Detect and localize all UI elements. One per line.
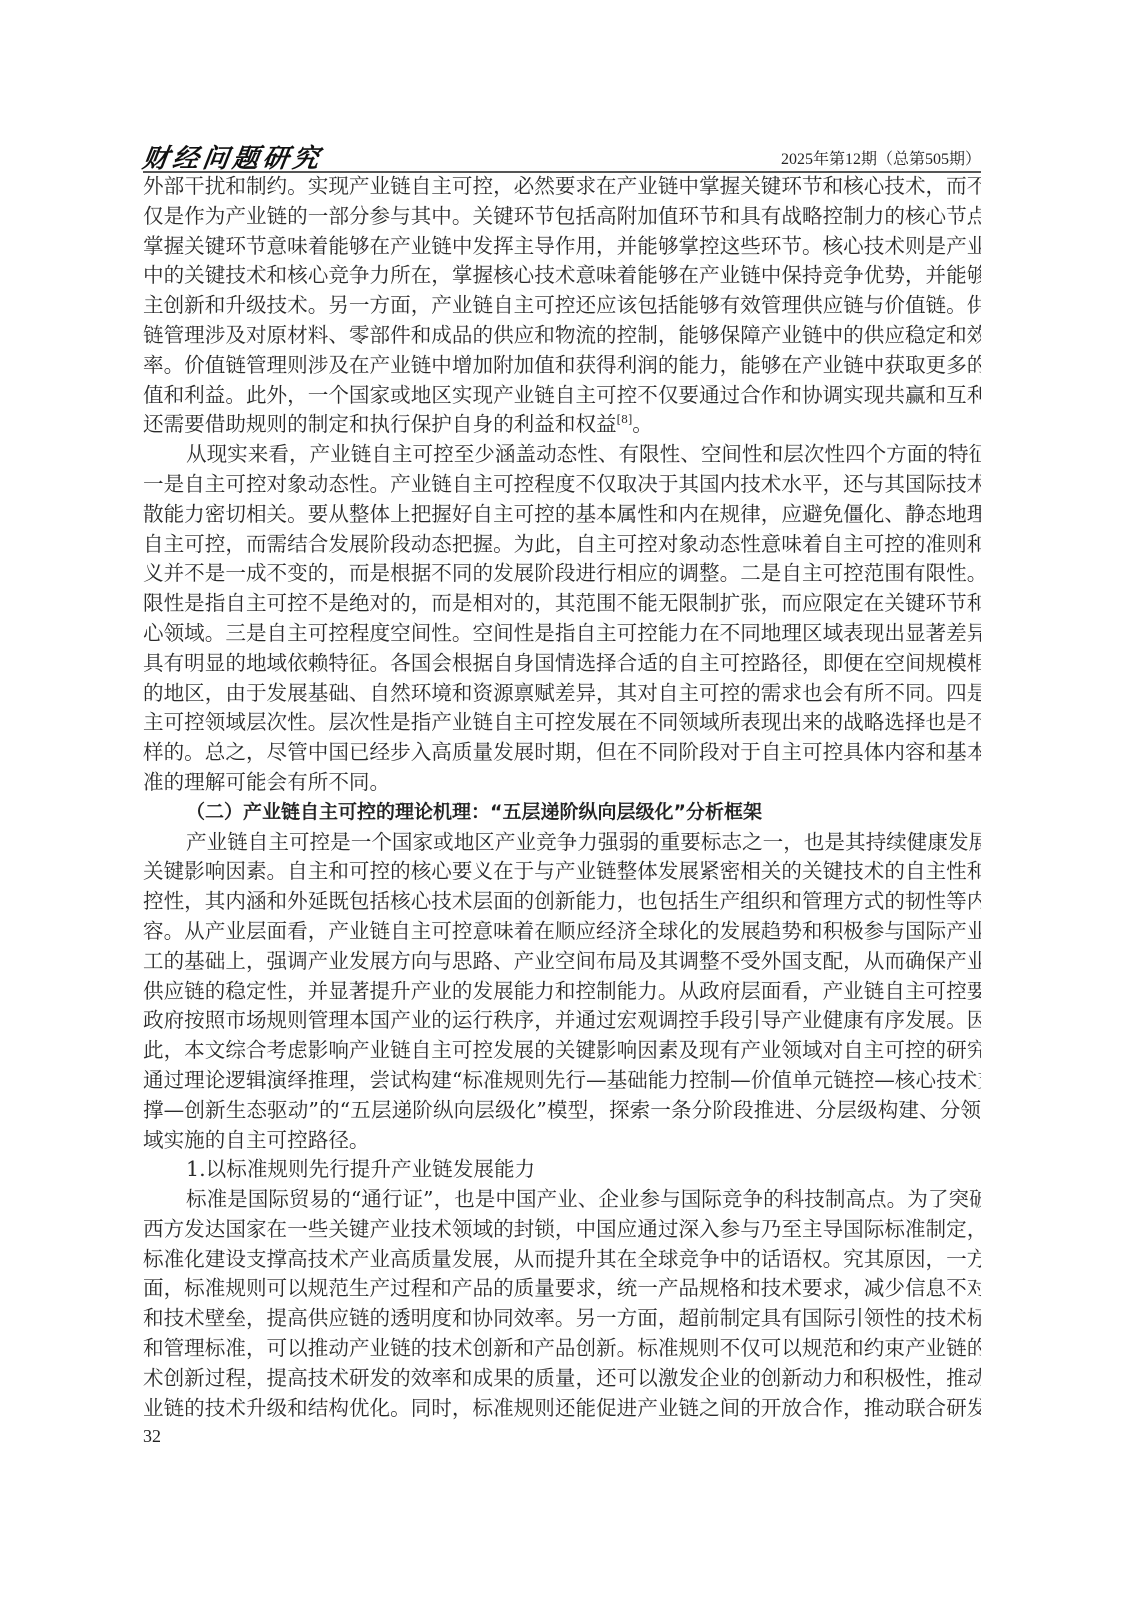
text-line: 业链的技术升级和结构优化。同时，标准规则还能促进产业链之间的开放合作，推动联合研… (143, 1394, 981, 1424)
text-line: 掌握关键环节意味着能够在产业链中发挥主导作用，并能够掌控这些环节。核心技术则是产… (143, 232, 981, 262)
article-body: 外部干扰和制约。实现产业链自主可控，必然要求在产业链中掌握关键环节和核心技术，而… (143, 172, 981, 1423)
text-line: 面，标准规则可以规范生产过程和产品的质量要求，统一产品规格和技术要求，减少信息不… (143, 1274, 981, 1304)
text-line: 主可控领域层次性。层次性是指产业链自主可控发展在不同领域所表现出来的战略选择也是… (143, 708, 981, 738)
text-line: 关键影响因素。自主和可控的核心要义在于与产业链整体发展紧密相关的关键技术的自主性… (143, 857, 981, 887)
text-line: 容。从产业层面看，产业链自主可控意味着在顺应经济全球化的发展趋势和积极参与国际产… (143, 917, 981, 947)
paragraph-2: 从现实来看，产业链自主可控至少涵盖动态性、有限性、空间性和层次性四个方面的特征。… (143, 440, 981, 798)
text-line: 率。价值链管理则涉及在产业链中增加附加值和获得利润的能力，能够在产业链中获取更多… (143, 351, 981, 381)
text-line: 域实施的自主可控路径。 (143, 1126, 981, 1156)
text-line: 政府按照市场规则管理本国产业的运行秩序，并通过宏观调控手段引导产业健康有序发展。… (143, 1006, 981, 1036)
text-line: 还需要借助规则的制定和执行保护自身的利益和权益[8]。 (143, 410, 981, 440)
paragraph-3: 产业链自主可控是一个国家或地区产业竞争力强弱的重要标志之一，也是其持续健康发展的… (143, 828, 981, 1156)
text-line: 标准化建设支撑高技术产业高质量发展，从而提升其在全球竞争中的话语权。究其原因，一… (143, 1245, 981, 1275)
text-line: 散能力密切相关。要从整体上把握好自主可控的基本属性和内在规律，应避免僵化、静态地… (143, 500, 981, 530)
text-line: 控性，其内涵和外延既包括核心技术层面的创新能力，也包括生产组织和管理方式的韧性等… (143, 887, 981, 917)
text-line: 和技术壁垒，提高供应链的透明度和协同效率。另一方面，超前制定具有国际引领性的技术… (143, 1304, 981, 1334)
text-span: 。 (632, 412, 653, 436)
text-line: 供应链的稳定性，并显著提升产业的发展能力和控制能力。从政府层面看，产业链自主可控… (143, 977, 981, 1007)
text-line: 链管理涉及对原材料、零部件和成品的供应和物流的控制，能够保障产业链中的供应稳定和… (143, 321, 981, 351)
running-header: 财经问题研究 2025年第12期（总第505期） (143, 136, 981, 172)
section-heading: （二）产业链自主可控的理论机理：“五层递阶纵向层级化”分析框架 (143, 798, 981, 828)
text-line: 的地区，由于发展基础、自然环境和资源禀赋差异，其对自主可控的需求也会有所不同。四… (143, 679, 981, 709)
text-line: 一是自主可控对象动态性。产业链自主可控程度不仅取决于其国内技术水平，还与其国际技… (143, 470, 981, 500)
text-line: 产业链自主可控是一个国家或地区产业竞争力强弱的重要标志之一，也是其持续健康发展的 (143, 828, 981, 858)
text-span: 还需要借助规则的制定和执行保护自身的利益和权益 (143, 412, 617, 436)
text-line: 义并不是一成不变的，而是根据不同的发展阶段进行相应的调整。二是自主可控范围有限性… (143, 559, 981, 589)
citation-ref[interactable]: [8] (617, 413, 633, 426)
text-line: 限性是指自主可控不是绝对的，而是相对的，其范围不能无限制扩张，而应限定在关键环节… (143, 589, 981, 619)
issue-info: 2025年第12期（总第505期） (781, 146, 981, 169)
text-line: 外部干扰和制约。实现产业链自主可控，必然要求在产业链中掌握关键环节和核心技术，而… (143, 172, 981, 202)
paragraph-1: 外部干扰和制约。实现产业链自主可控，必然要求在产业链中掌握关键环节和核心技术，而… (143, 172, 981, 440)
text-line: 具有明显的地域依赖特征。各国会根据自身国情选择合适的自主可控路径，即便在空间规模… (143, 649, 981, 679)
text-line: 心领域。三是自主可控程度空间性。空间性是指自主可控能力在不同地理区域表现出显著差… (143, 619, 981, 649)
text-line: 术创新过程，提高技术研发的效率和成果的质量，还可以激发企业的创新动力和积极性，推… (143, 1364, 981, 1394)
text-line: 样的。总之，尽管中国已经步入高质量发展时期，但在不同阶段对于自主可控具体内容和基… (143, 738, 981, 768)
journal-masthead: 财经问题研究 (140, 138, 325, 175)
paragraph-4: 标准是国际贸易的“通行证”，也是中国产业、企业参与国际竞争的科技制高点。为了突破… (143, 1185, 981, 1423)
text-line: 标准是国际贸易的“通行证”，也是中国产业、企业参与国际竞争的科技制高点。为了突破 (143, 1185, 981, 1215)
text-line: 主创新和升级技术。另一方面，产业链自主可控还应该包括能够有效管理供应链与价值链。… (143, 291, 981, 321)
text-line: 撑—创新生态驱动”的“五层递阶纵向层级化”模型，探索一条分阶段推进、分层级构建、… (143, 1096, 981, 1126)
text-line: 准的理解可能会有所不同。 (143, 768, 981, 798)
text-line: 值和利益。此外，一个国家或地区实现产业链自主可控不仅要通过合作和协调实现共赢和互… (143, 381, 981, 411)
text-line: 工的基础上，强调产业发展方向与思路、产业空间布局及其调整不受外国支配，从而确保产… (143, 947, 981, 977)
text-line: 仅是作为产业链的一部分参与其中。关键环节包括高附加值环节和具有战略控制力的核心节… (143, 202, 981, 232)
text-line: 自主可控，而需结合发展阶段动态把握。为此，自主可控对象动态性意味着自主可控的准则… (143, 530, 981, 560)
text-line: 西方发达国家在一些关键产业技术领域的封锁，中国应通过深入参与乃至主导国际标准制定… (143, 1215, 981, 1245)
text-line: 此，本文综合考虑影响产业链自主可控发展的关键影响因素及现有产业领域对自主可控的研… (143, 1036, 981, 1066)
text-line: 从现实来看，产业链自主可控至少涵盖动态性、有限性、空间性和层次性四个方面的特征。 (143, 440, 981, 470)
subsection-heading: 1.以标准规则先行提升产业链发展能力 (143, 1155, 981, 1185)
page-number: 32 (143, 1426, 161, 1447)
text-line: 中的关键技术和核心竞争力所在，掌握核心技术意味着能够在产业链中保持竞争优势，并能… (143, 261, 981, 291)
text-line: 通过理论逻辑演绎推理，尝试构建“标准规则先行—基础能力控制—价值单元链控—核心技… (143, 1066, 981, 1096)
text-line: 和管理标准，可以推动产业链的技术创新和产品创新。标准规则不仅可以规范和约束产业链… (143, 1334, 981, 1364)
